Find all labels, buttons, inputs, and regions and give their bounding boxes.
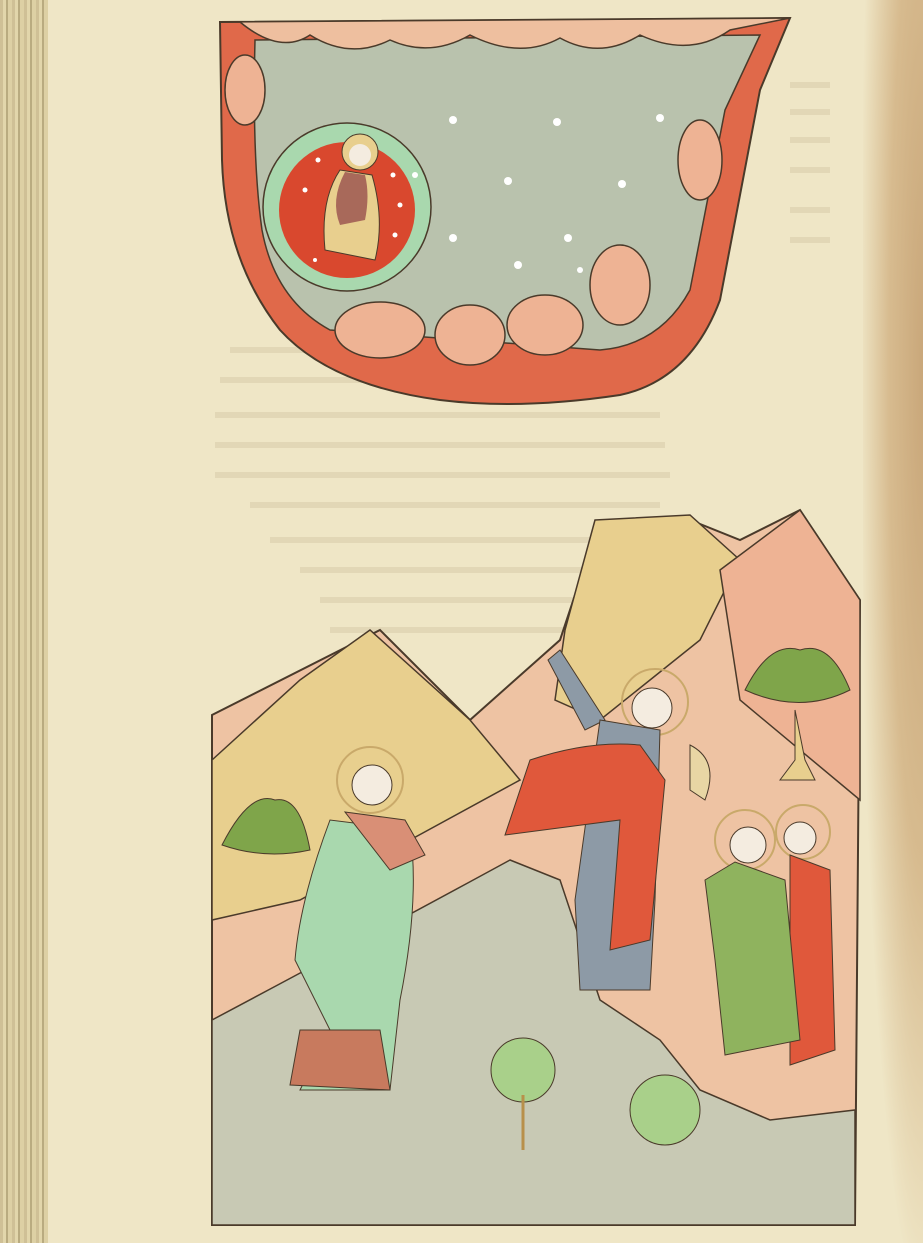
- manuscript-page: Evangelist seated writing in a starred r…: [0, 0, 923, 1243]
- miniatures: [0, 0, 923, 1243]
- upper-miniature: [220, 18, 790, 404]
- lower-miniature: [212, 510, 860, 1225]
